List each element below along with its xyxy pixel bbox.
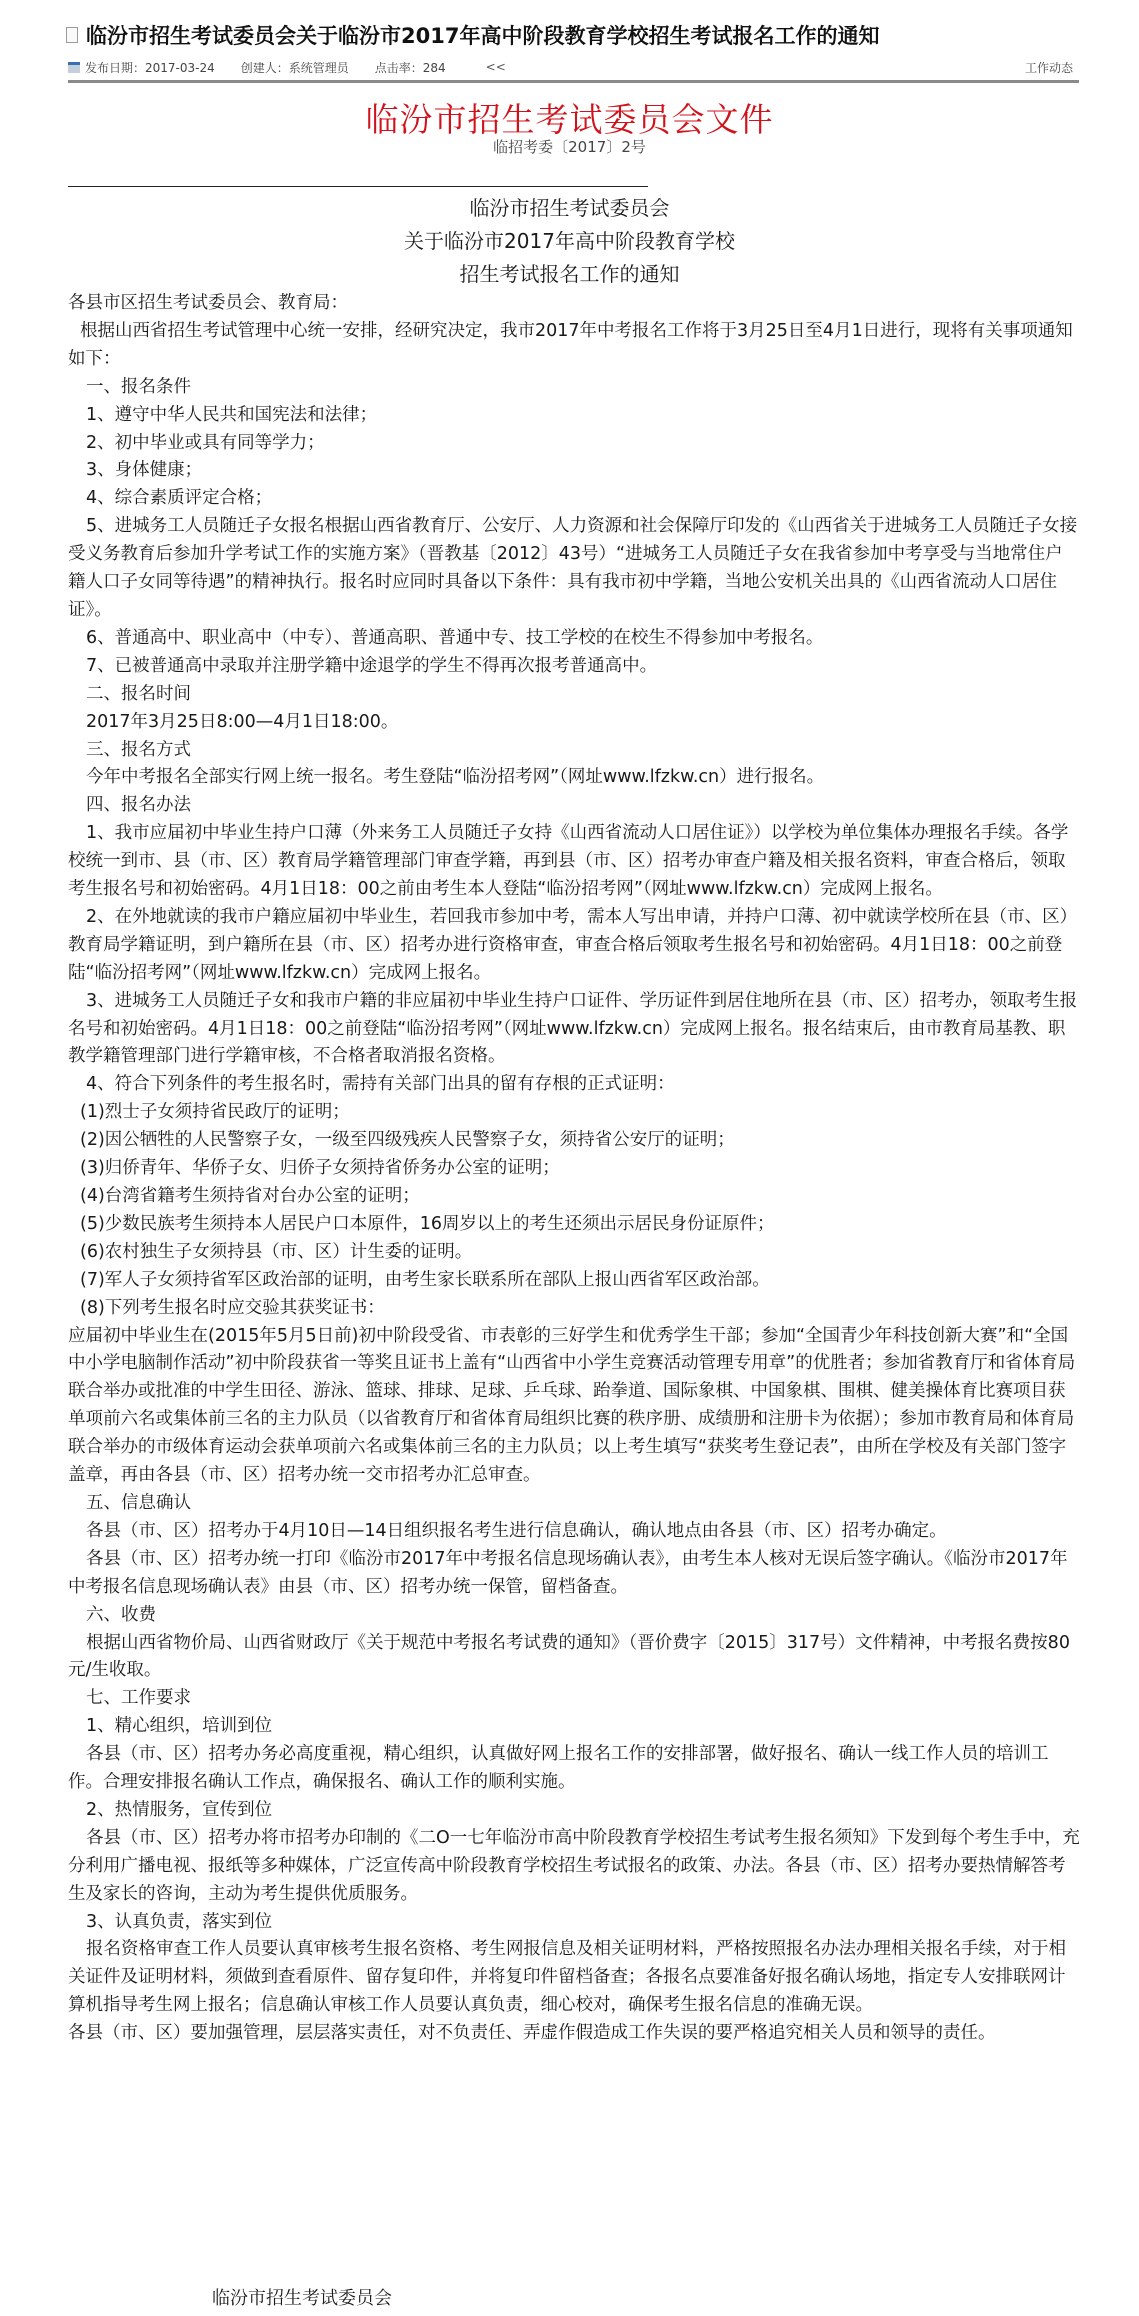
paragraph: 一、报名条件 [68, 374, 1080, 402]
paragraph: 4、符合下列条件的考生报名时，需持有关部门出具的留有存根的正式证明： [68, 1071, 1080, 1099]
article-title: 临汾市招生考试委员会关于临汾市2017年高中阶段教育学校招生考试报名工作的通知 [86, 20, 879, 50]
separator-line [68, 186, 648, 187]
paragraph: (3)归侨青年、华侨子女、归侨子女须持省侨务办公室的证明； [68, 1155, 1080, 1183]
category-link[interactable]: 工作动态 [1025, 59, 1073, 76]
document-number: 临招考委〔2017〕2号 [0, 136, 1139, 157]
paragraph: 2、在外地就读的我市户籍应届初中毕业生，若回我市参加中考，需本人写出申请，并持户… [68, 904, 1080, 988]
paragraph: 2、热情服务，宣传到位 [68, 1797, 1080, 1825]
publish-date: 发布日期：2017-03-24 [85, 59, 215, 76]
paragraph: 4、综合素质评定合格； [68, 485, 1080, 513]
paragraph: 2、初中毕业或具有同等学力； [68, 430, 1080, 458]
paragraph: 六、收费 [68, 1602, 1080, 1630]
article-meta: 发布日期：2017-03-24 创建人：系统管理员 点击率：284 << 工作动… [68, 56, 1073, 78]
signature: 临汾市招生考试委员会 [212, 2284, 392, 2310]
document-icon [66, 27, 78, 43]
paragraph: 各县（市、区）招考办统一打印《临汾市2017年中考报名信息现场确认表》，由考生本… [68, 1546, 1080, 1602]
paragraph: 1、遵守中华人民共和国宪法和法律； [68, 402, 1080, 430]
paragraph: 各县市区招生考试委员会、教育局： [68, 290, 1080, 318]
paragraph: 1、我市应届初中毕业生持户口薄（外来务工人员随迁子女持《山西省流动人口居住证》）… [68, 820, 1080, 904]
paragraph: (1)烈士子女须持省民政厅的证明； [68, 1099, 1080, 1127]
paragraph: 6、普通高中、职业高中（中专）、普通高职、普通中专、技工学校的在校生不得参加中考… [68, 625, 1080, 653]
paragraph: 3、身体健康； [68, 457, 1080, 485]
paragraph: 7、已被普通高中录取并注册学籍中途退学的学生不得再次报考普通高中。 [68, 653, 1080, 681]
header-divider [68, 80, 1079, 83]
paragraph: 5、进城务工人员随迁子女报名根据山西省教育厅、公安厅、人力资源和社会保障厅印发的… [68, 513, 1080, 625]
paragraph: 报名资格审查工作人员要认真审核考生报名资格、考生网报信息及相关证明材料，严格按照… [68, 1936, 1080, 2020]
red-heading: 临汾市招生考试委员会文件 [0, 94, 1139, 141]
paragraph: 四、报名办法 [68, 792, 1080, 820]
click-count: 点击率：284 [375, 59, 446, 76]
notice-title-line: 关于临汾市2017年高中阶段教育学校 [0, 225, 1139, 258]
paragraph: (6)农村独生子女须持县（市、区）计生委的证明。 [68, 1239, 1080, 1267]
paragraph: 各县（市、区）招考办将市招考办印制的《二O一七年临汾市高中阶段教育学校招生考试考… [68, 1825, 1080, 1909]
paragraph: 3、认真负责，落实到位 [68, 1909, 1080, 1937]
paragraph: 今年中考报名全部实行网上统一报名。考生登陆“临汾招考网”（网址www.lfzkw… [68, 764, 1080, 792]
paragraph: (5)少数民族考生须持本人居民户口本原件，16周岁以上的考生还须出示居民身份证原… [68, 1211, 1080, 1239]
paragraph: 各县（市、区）要加强管理，层层落实责任，对不负责任、弄虚作假造成工作失误的要严格… [68, 2020, 1080, 2048]
paragraph: 根据山西省物价局、山西省财政厅《关于规范中考报名考试费的通知》（晋价费字〔201… [68, 1630, 1080, 1686]
paragraph: 二、报名时间 [68, 681, 1080, 709]
notice-title-line: 临汾市招生考试委员会 [0, 192, 1139, 225]
creator: 创建人：系统管理员 [241, 59, 349, 76]
back-link[interactable]: << [486, 60, 506, 74]
calendar-icon [68, 62, 80, 73]
notice-title: 临汾市招生考试委员会 关于临汾市2017年高中阶段教育学校 招生考试报名工作的通… [0, 192, 1139, 291]
paragraph: 根据山西省招生考试管理中心统一安排，经研究决定，我市2017年中考报名工作将于3… [68, 318, 1080, 374]
paragraph: 各县（市、区）招考办于4月10日—14日组织报名考生进行信息确认，确认地点由各县… [68, 1518, 1080, 1546]
paragraph: (7)军人子女须持省军区政治部的证明，由考生家长联系所在部队上报山西省军区政治部… [68, 1267, 1080, 1295]
paragraph: 1、精心组织，培训到位 [68, 1713, 1080, 1741]
paragraph: 三、报名方式 [68, 737, 1080, 765]
paragraph: 2017年3月25日8:00—4月1日18:00。 [68, 709, 1080, 737]
notice-body: 各县市区招生考试委员会、教育局：根据山西省招生考试管理中心统一安排，经研究决定，… [68, 290, 1080, 2048]
article-title-row: 临汾市招生考试委员会关于临汾市2017年高中阶段教育学校招生考试报名工作的通知 [66, 18, 879, 52]
paragraph: (2)因公牺牲的人民警察子女，一级至四级残疾人民警察子女，须持省公安厅的证明； [68, 1127, 1080, 1155]
paragraph: (4)台湾省籍考生须持省对台办公室的证明； [68, 1183, 1080, 1211]
notice-title-line: 招生考试报名工作的通知 [0, 258, 1139, 291]
paragraph: 七、工作要求 [68, 1685, 1080, 1713]
paragraph: 3、进城务工人员随迁子女和我市户籍的非应届初中毕业生持户口证件、学历证件到居住地… [68, 988, 1080, 1072]
paragraph: 五、信息确认 [68, 1490, 1080, 1518]
paragraph: 各县（市、区）招考办务必高度重视，精心组织，认真做好网上报名工作的安排部署，做好… [68, 1741, 1080, 1797]
paragraph: (8)下列考生报名时应交验其获奖证书： [68, 1295, 1080, 1323]
paragraph: 应届初中毕业生在(2015年5月5日前)初中阶段受省、市表彰的三好学生和优秀学生… [68, 1323, 1080, 1490]
